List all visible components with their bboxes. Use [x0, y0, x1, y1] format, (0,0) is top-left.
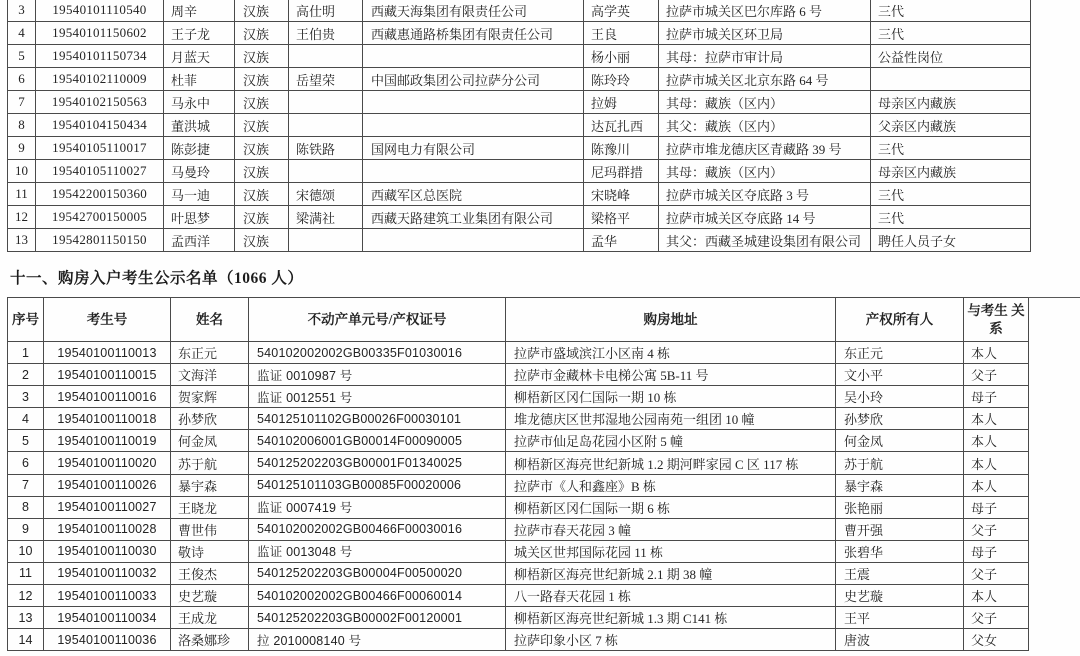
table-row: 619540102110009杜菲汉族岳望荣中国邮政集团公司拉萨分公司陈玲玲拉萨… [8, 68, 1031, 91]
column-header: 考生号 [44, 298, 171, 342]
table-cell: 张艳丽 [836, 496, 964, 518]
table-cell: 4 [8, 408, 44, 430]
table-cell: 柳梧新区冈仁国际一期 10 栋 [506, 386, 836, 408]
table-cell: 母子 [964, 540, 1029, 562]
table-cell: 孟华 [584, 229, 659, 252]
table-cell: 西藏天路建筑工业集团有限公司 [363, 206, 584, 229]
table-cell: 唐波 [836, 629, 964, 651]
table-cell: 拉萨市城关区巴尔库路 6 号 [659, 0, 871, 22]
table-cell: 叶思梦 [164, 206, 235, 229]
table-cell: 三代 [871, 137, 1031, 160]
table-cell: 王成龙 [171, 607, 249, 629]
table-cell: 苏于航 [836, 452, 964, 474]
table-cell: 19540100110030 [44, 540, 171, 562]
table-cell: 吴小玲 [836, 386, 964, 408]
table-cell: 拉萨市堆龙德庆区青藏路 39 号 [659, 137, 871, 160]
table-cell: 本人 [964, 408, 1029, 430]
table-cell: 19540100110032 [44, 562, 171, 584]
table-cell: 史艺璇 [171, 585, 249, 607]
table-cell: 3 [8, 386, 44, 408]
table-cell: 汉族 [235, 91, 289, 114]
table-cell: 公益性岗位 [871, 45, 1031, 68]
table-cell: 陈铁路 [289, 137, 363, 160]
table-cell: 8 [8, 496, 44, 518]
table-cell: 拉萨市城关区夺底路 3 号 [659, 183, 871, 206]
table-cell: 汉族 [235, 114, 289, 137]
table-cell: 2 [8, 364, 44, 386]
table-cell: 西藏天海集团有限责任公司 [363, 0, 584, 22]
table-cell: 王晓龙 [171, 496, 249, 518]
table-cell [289, 114, 363, 137]
table-cell: 19540105110027 [36, 160, 164, 183]
table-row: 1219542700150005叶思梦汉族梁满社西藏天路建筑工业集团有限公司梁格… [8, 206, 1031, 229]
table-cell: 19540101150602 [36, 22, 164, 45]
table-row: 1019540100110030敬诗监证 0013048 号城关区世邦国际花园 … [8, 540, 1029, 562]
table-cell [363, 45, 584, 68]
table-cell: 12 [8, 585, 44, 607]
table-cell: 监证 0007419 号 [249, 496, 506, 518]
table-cell: 汉族 [235, 183, 289, 206]
table-cell: 母子 [964, 496, 1029, 518]
table-row: 1119542200150360马一迪汉族宋德颂西藏军区总医院宋晓峰拉萨市城关区… [8, 183, 1031, 206]
table-cell: 陈豫川 [584, 137, 659, 160]
table-cell: 19540100110019 [44, 430, 171, 452]
table-cell: 监证 0012551 号 [249, 386, 506, 408]
table-cell: 王伯贵 [289, 22, 363, 45]
table-cell: 暴宇森 [171, 474, 249, 496]
table-cell: 汉族 [235, 206, 289, 229]
table-cell: 汉族 [235, 160, 289, 183]
table-cell: 拉萨市城关区北京东路 64 号 [659, 68, 871, 91]
table-cell: 19540100110016 [44, 386, 171, 408]
table-cell: 洛桑娜珍 [171, 629, 249, 651]
table-cell: 城关区世邦国际花园 11 栋 [506, 540, 836, 562]
table-cell: 柳梧新区海亮世纪新城 1.2 期河畔家园 C 区 117 栋 [506, 452, 836, 474]
table-cell: 达瓦扎西 [584, 114, 659, 137]
table-cell: 王良 [584, 22, 659, 45]
column-header: 姓名 [171, 298, 249, 342]
table-cell: 8 [8, 114, 36, 137]
table-cell: 19540102110009 [36, 68, 164, 91]
table-cell: 540125101103GB00085F00020006 [249, 474, 506, 496]
table-cell: 拉萨市城关区夺底路 14 号 [659, 206, 871, 229]
table-cell: 19540100110027 [44, 496, 171, 518]
table-cell: 父子 [964, 562, 1029, 584]
table-cell: 19540100110018 [44, 408, 171, 430]
table-cell: 19540100110036 [44, 629, 171, 651]
table-cell: 王震 [836, 562, 964, 584]
table-cell: 19540102150563 [36, 91, 164, 114]
table-cell: 19540100110020 [44, 452, 171, 474]
table-row: 1319540100110034王成龙540125202203GB00002F0… [8, 607, 1029, 629]
table-cell: 史艺璇 [836, 585, 964, 607]
table-cell: 540102002002GB00335F01030016 [249, 342, 506, 364]
table-cell: 4 [8, 22, 36, 45]
table-cell: 5 [8, 45, 36, 68]
table-cell: 暴宇森 [836, 474, 964, 496]
table-cell: 5 [8, 430, 44, 452]
table-row: 919540105110017陈彭捷汉族陈铁路国网电力有限公司陈豫川拉萨市堆龙德… [8, 137, 1031, 160]
table-row: 1219540100110033史艺璇540102002002GB00466F0… [8, 585, 1029, 607]
table-cell: 11 [8, 183, 36, 206]
table-cell: 梁格平 [584, 206, 659, 229]
table-cell: 19540100110013 [44, 342, 171, 364]
table-cell: 本人 [964, 452, 1029, 474]
table-cell: 汉族 [235, 137, 289, 160]
table-cell: 文小平 [836, 364, 964, 386]
table-cell: 19540100110028 [44, 518, 171, 540]
table-cell: 杜菲 [164, 68, 235, 91]
table-cell [871, 68, 1031, 91]
table-cell: 汉族 [235, 45, 289, 68]
table-cell: 高仕明 [289, 0, 363, 22]
table-cell: 9 [8, 137, 36, 160]
table-cell: 19540100110026 [44, 474, 171, 496]
table-cell: 曹开强 [836, 518, 964, 540]
table-cell: 堆龙德庆区世邦湿地公园南苑一组团 10 幢 [506, 408, 836, 430]
table-row: 419540100110018孙梦欣540125101102GB00026F00… [8, 408, 1029, 430]
table-cell: 拉萨市仙足岛花园小区附 5 幢 [506, 430, 836, 452]
table-cell: 汉族 [235, 68, 289, 91]
table-cell: 19540100110033 [44, 585, 171, 607]
table-cell [363, 114, 584, 137]
table-row: 519540101150734月蓝天汉族杨小丽其母：拉萨市审计局公益性岗位 [8, 45, 1031, 68]
table-cell: 母子 [964, 386, 1029, 408]
table-cell: 其母：拉萨市审计局 [659, 45, 871, 68]
table-cell: 其母：藏族（区内） [659, 91, 871, 114]
table-cell: 7 [8, 474, 44, 496]
table-cell: 宋晓峰 [584, 183, 659, 206]
table-cell: 何金凤 [836, 430, 964, 452]
column-header: 不动产单元号/产权证号 [249, 298, 506, 342]
table-cell: 拉萨市春天花园 3 幢 [506, 518, 836, 540]
table-cell: 王俊杰 [171, 562, 249, 584]
previous-section-table-body: 319540101110540周辛汉族高仕明西藏天海集团有限责任公司高学英拉萨市… [8, 0, 1031, 252]
table-cell: 父子 [964, 364, 1029, 386]
table-row: 219540100110015文海洋监证 0010987 号拉萨市金藏林卡电梯公… [8, 364, 1029, 386]
table-cell [289, 160, 363, 183]
table-cell: 八一路春天花园 1 栋 [506, 585, 836, 607]
purchase-table-body: 119540100110013东正元540102002002GB00335F01… [8, 342, 1029, 651]
table-cell: 高学英 [584, 0, 659, 22]
table-cell: 柳梧新区海亮世纪新城 2.1 期 38 幢 [506, 562, 836, 584]
table-row: 919540100110028曹世伟540102002002GB00466F00… [8, 518, 1029, 540]
table-cell: 西藏惠通路桥集团有限责任公司 [363, 22, 584, 45]
table-cell: 父子 [964, 607, 1029, 629]
table-row: 719540100110026暴宇森540125101103GB00085F00… [8, 474, 1029, 496]
table-cell: 三代 [871, 0, 1031, 22]
table-cell [289, 229, 363, 252]
table-cell: 13 [8, 229, 36, 252]
table-cell: 监证 0013048 号 [249, 540, 506, 562]
table-row: 619540100110020苏于航540125202203GB00001F01… [8, 452, 1029, 474]
table-cell: 拉 2010008140 号 [249, 629, 506, 651]
table-cell: 拉萨印象小区 7 栋 [506, 629, 836, 651]
table-cell: 拉萨市《人和鑫座》B 栋 [506, 474, 836, 496]
table-cell: 10 [8, 160, 36, 183]
table-cell: 王平 [836, 607, 964, 629]
column-header: 购房地址 [506, 298, 836, 342]
table-cell: 6 [8, 68, 36, 91]
table-cell: 西藏军区总医院 [363, 183, 584, 206]
table-cell: 父亲区内藏族 [871, 114, 1031, 137]
table-cell: 汉族 [235, 22, 289, 45]
table-cell: 本人 [964, 342, 1029, 364]
table-cell: 父子 [964, 518, 1029, 540]
table-cell: 张碧华 [836, 540, 964, 562]
table-cell: 月蓝天 [164, 45, 235, 68]
table-cell: 10 [8, 540, 44, 562]
table-cell: 宋德颂 [289, 183, 363, 206]
table-row: 319540101110540周辛汉族高仕明西藏天海集团有限责任公司高学英拉萨市… [8, 0, 1031, 22]
table-cell [363, 91, 584, 114]
table-cell [363, 229, 584, 252]
table-cell: 540125202203GB00002F00120001 [249, 607, 506, 629]
table-cell: 文海洋 [171, 364, 249, 386]
table-cell: 19540105110017 [36, 137, 164, 160]
table-cell: 540125202203GB00004F00500020 [249, 562, 506, 584]
table-cell: 其父：西藏圣城建设集团有限公司 [659, 229, 871, 252]
table-cell: 孙梦欣 [171, 408, 249, 430]
table-cell: 3 [8, 0, 36, 22]
table-row: 519540100110019何金凤540102006001GB00014F00… [8, 430, 1029, 452]
table-row: 819540100110027王晓龙监证 0007419 号柳梧新区冈仁国际一期… [8, 496, 1029, 518]
table-cell: 本人 [964, 474, 1029, 496]
table-row: 319540100110016贺家辉监证 0012551 号柳梧新区冈仁国际一期… [8, 386, 1029, 408]
table-cell: 19542700150005 [36, 206, 164, 229]
table-cell: 19540101110540 [36, 0, 164, 22]
table-cell: 19540104150434 [36, 114, 164, 137]
table-cell: 其父：藏族（区内） [659, 114, 871, 137]
table-cell: 马一迪 [164, 183, 235, 206]
table-cell: 杨小丽 [584, 45, 659, 68]
table-cell: 540102006001GB00014F00090005 [249, 430, 506, 452]
purchase-table-header: 序号考生号姓名不动产单元号/产权证号购房地址产权所有人与考生 关系 [8, 298, 1029, 342]
table-cell: 7 [8, 91, 36, 114]
previous-section-table: 319540101110540周辛汉族高仕明西藏天海集团有限责任公司高学英拉萨市… [7, 0, 1031, 252]
table-cell: 孟西洋 [164, 229, 235, 252]
table-cell: 贺家辉 [171, 386, 249, 408]
table-cell: 三代 [871, 22, 1031, 45]
column-header: 与考生 关系 [964, 298, 1029, 342]
table-row: 1319542801150150孟西洋汉族孟华其父：西藏圣城建设集团有限公司聘任… [8, 229, 1031, 252]
table-cell: 19540100110034 [44, 607, 171, 629]
table-cell: 梁满社 [289, 206, 363, 229]
table-cell: 汉族 [235, 229, 289, 252]
table-cell [289, 91, 363, 114]
table-cell: 拉萨市金藏林卡电梯公寓 5B-11 号 [506, 364, 836, 386]
table-cell: 王子龙 [164, 22, 235, 45]
table-cell: 三代 [871, 183, 1031, 206]
column-header: 产权所有人 [836, 298, 964, 342]
table-cell: 拉萨市盛域滨江小区南 4 栋 [506, 342, 836, 364]
table-cell: 东正元 [171, 342, 249, 364]
column-header: 序号 [8, 298, 44, 342]
table-cell: 本人 [964, 585, 1029, 607]
table-cell: 马永中 [164, 91, 235, 114]
table-cell: 曹世伟 [171, 518, 249, 540]
table-cell: 其母：藏族（区内） [659, 160, 871, 183]
table-cell: 11 [8, 562, 44, 584]
table-cell: 14 [8, 629, 44, 651]
table-cell: 岳望荣 [289, 68, 363, 91]
table-cell: 东正元 [836, 342, 964, 364]
section-title: 十一、购房入户考生公示名单（1066 人） [10, 266, 303, 288]
table-cell: 陈玲玲 [584, 68, 659, 91]
table-cell: 19542200150360 [36, 183, 164, 206]
table-cell: 周辛 [164, 0, 235, 22]
table-row: 1119540100110032王俊杰540125202203GB00004F0… [8, 562, 1029, 584]
table-cell: 董洪城 [164, 114, 235, 137]
table-cell: 6 [8, 452, 44, 474]
table-header-row: 序号考生号姓名不动产单元号/产权证号购房地址产权所有人与考生 关系 [8, 298, 1029, 342]
table-cell: 父女 [964, 629, 1029, 651]
table-cell: 柳梧新区海亮世纪新城 1.3 期 C141 栋 [506, 607, 836, 629]
table-cell: 聘任人员子女 [871, 229, 1031, 252]
table-cell: 尼玛群措 [584, 160, 659, 183]
table-cell [363, 160, 584, 183]
table-cell: 拉姆 [584, 91, 659, 114]
table-cell: 本人 [964, 430, 1029, 452]
table-cell: 母亲区内藏族 [871, 91, 1031, 114]
table-row: 719540102150563马永中汉族拉姆其母：藏族（区内）母亲区内藏族 [8, 91, 1031, 114]
table-cell: 苏于航 [171, 452, 249, 474]
table-row: 819540104150434董洪城汉族达瓦扎西其父：藏族（区内）父亲区内藏族 [8, 114, 1031, 137]
table-cell: 孙梦欣 [836, 408, 964, 430]
table-cell: 三代 [871, 206, 1031, 229]
table-cell: 19540100110015 [44, 364, 171, 386]
table-cell: 拉萨市城关区环卫局 [659, 22, 871, 45]
scanned-document-page: { "section_title": "十一、购房入户考生公示名单（1066 人… [0, 0, 1080, 656]
table-cell: 540125202203GB00001F01340025 [249, 452, 506, 474]
table-cell: 陈彭捷 [164, 137, 235, 160]
table-cell: 中国邮政集团公司拉萨分公司 [363, 68, 584, 91]
table-row: 119540100110013东正元540102002002GB00335F01… [8, 342, 1029, 364]
table-cell: 柳梧新区冈仁国际一期 6 栋 [506, 496, 836, 518]
table-cell: 汉族 [235, 0, 289, 22]
table-cell: 1 [8, 342, 44, 364]
table-cell: 19542801150150 [36, 229, 164, 252]
table-cell: 13 [8, 607, 44, 629]
table-cell: 国网电力有限公司 [363, 137, 584, 160]
table-cell: 母亲区内藏族 [871, 160, 1031, 183]
table-cell: 监证 0010987 号 [249, 364, 506, 386]
table-cell: 马曼玲 [164, 160, 235, 183]
table-border-extension [1028, 297, 1080, 298]
table-cell [289, 45, 363, 68]
table-cell: 12 [8, 206, 36, 229]
table-cell: 540102002002GB00466F00060014 [249, 585, 506, 607]
table-cell: 19540101150734 [36, 45, 164, 68]
purchase-registration-table: 序号考生号姓名不动产单元号/产权证号购房地址产权所有人与考生 关系 119540… [7, 297, 1029, 651]
table-row: 1019540105110027马曼玲汉族尼玛群措其母：藏族（区内）母亲区内藏族 [8, 160, 1031, 183]
table-cell: 540125101102GB00026F00030101 [249, 408, 506, 430]
table-row: 419540101150602王子龙汉族王伯贵西藏惠通路桥集团有限责任公司王良拉… [8, 22, 1031, 45]
table-row: 1419540100110036洛桑娜珍拉 2010008140 号拉萨印象小区… [8, 629, 1029, 651]
table-cell: 何金凤 [171, 430, 249, 452]
table-cell: 540102002002GB00466F00030016 [249, 518, 506, 540]
table-cell: 9 [8, 518, 44, 540]
table-cell: 敬诗 [171, 540, 249, 562]
